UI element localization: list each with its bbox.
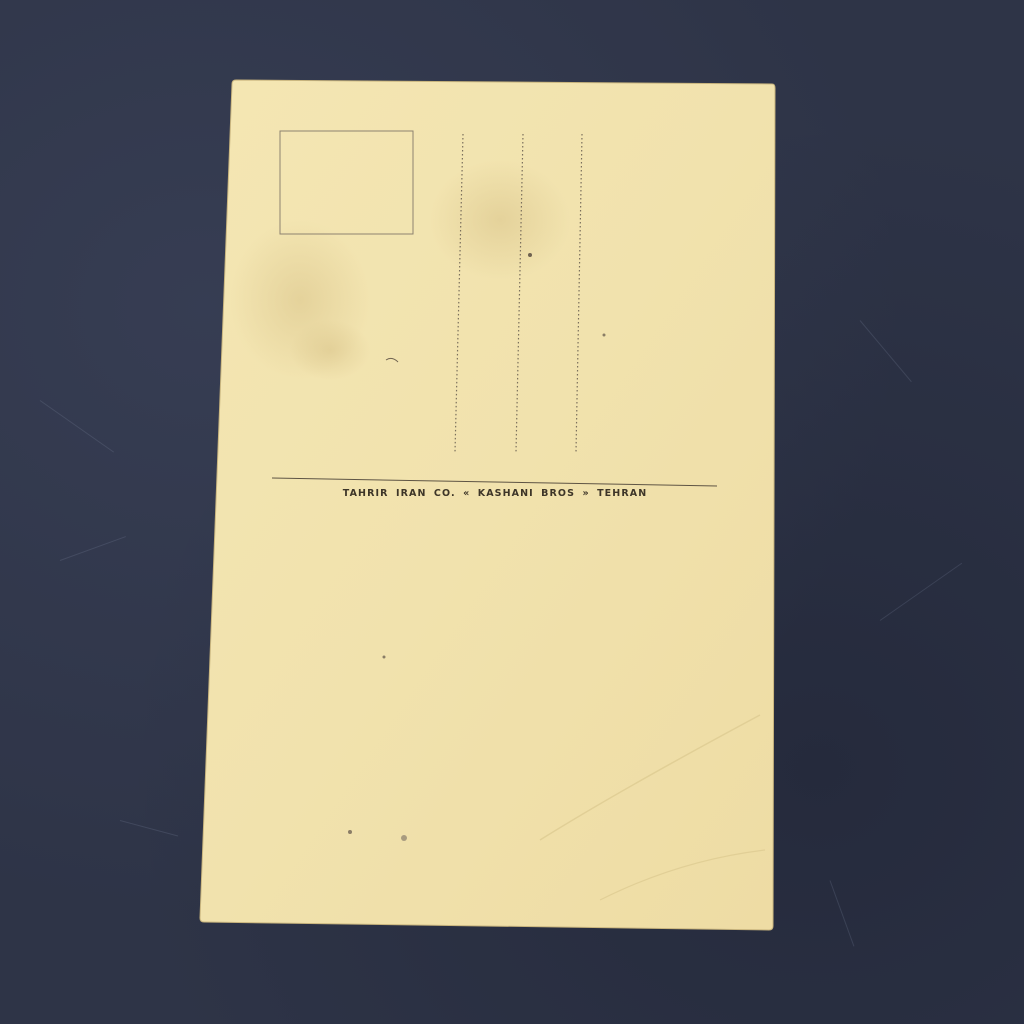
spot (401, 835, 407, 841)
stain (430, 160, 570, 280)
postcard (0, 0, 1024, 1024)
photo-scene: TAHRIR IRAN CO. « KASHANI BROS » TEHRAN (0, 0, 1024, 1024)
spot (603, 334, 606, 337)
spot (383, 656, 386, 659)
stain (290, 320, 370, 380)
publisher-imprint: TAHRIR IRAN CO. « KASHANI BROS » TEHRAN (330, 488, 660, 499)
spot (348, 830, 352, 834)
spot (528, 253, 532, 257)
